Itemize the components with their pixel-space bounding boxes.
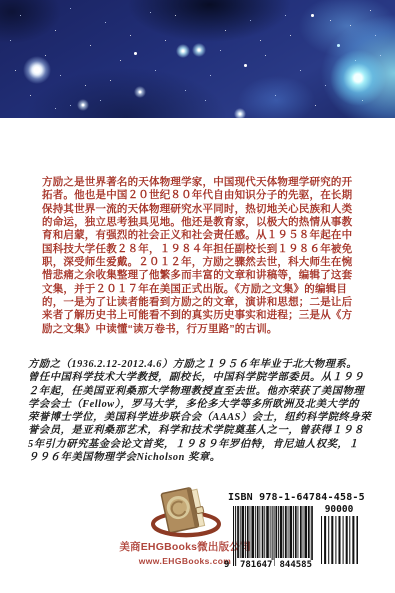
- intro-line: 惜悲痛之余收集整理了他繁多而丰富的文章和讲稿等，编辑了这套: [42, 269, 358, 282]
- intro-line: 的命运，独立思考独具见地。他还是教育家，以极大的热情从事教: [42, 216, 358, 229]
- intro-line: 励之文集》中读懂“读万卷书，行万里路”的古训。: [42, 323, 358, 336]
- ean-digit-lead: 9: [224, 560, 232, 570]
- bio-line: 方励之（1936.2.12-2012.4.6）方励之１９５６年毕业于北大物理系。: [28, 358, 380, 371]
- intro-line: 保持其世界一流的天体物理研究水平同时，热切地关心民族和人类: [42, 203, 358, 216]
- intro-paragraph: 方励之是世界著名的天体物理学家，中国现代天体物理学研究的开 拓者。他也是中国２０…: [42, 176, 358, 336]
- book-back-cover: 方励之是世界著名的天体物理学家，中国现代天体物理学研究的开 拓者。他也是中国２０…: [0, 0, 395, 593]
- stars-decoration: [0, 0, 1, 1]
- publisher-book-icon: [140, 484, 230, 538]
- isbn-text: ISBN 978-1-64784-458-5: [228, 492, 368, 503]
- bio-line: 荣誉博士学位，美国科学进步联合会（AAAS）会士，纽约科学院终身荣: [28, 411, 380, 424]
- barcode-bars: [233, 506, 313, 566]
- intro-line: 来者了解历史书上可能看不到的真实历史事实和进程；三是从《方: [42, 309, 358, 322]
- price-addon-barcode: 90000: [320, 504, 358, 569]
- ean13-barcode: 9 781647 844585: [233, 506, 313, 576]
- intro-line: 拓者。他也是中国２０世纪８０年代自由知识分子的先驱，在长期: [42, 189, 358, 202]
- bio-line: 誉会员，是亚利桑那艺术，科学和技术学院奠基人之一，曾获得１９８: [28, 424, 380, 437]
- intro-line: 育和启蒙，有强烈的社会正义和社会责任感。从１９５８年起在中: [42, 229, 358, 242]
- ean13-digits: 9 781647 844585: [224, 560, 314, 570]
- starfield-image: [0, 0, 395, 118]
- price-addon-code: 90000: [320, 504, 358, 515]
- bio-line: 曾任中国科学技术大学教授，副校长，中国科学院学部委员。从１９９: [28, 371, 380, 384]
- intro-line: 的，一是为了让读者能看到方励之的文章，演讲和思想；二是让后: [42, 296, 358, 309]
- bio-line: 5年引力研究基金会论文首奖，１９８９年罗伯特，肯尼迪人权奖，１: [28, 438, 380, 451]
- ean-digit-group1: 781647: [238, 560, 275, 570]
- bio-line: ９９６年美国物理学会Nicholson 奖章。: [28, 451, 380, 464]
- intro-line: 国科技大学任教２８年，１９８４年担任副校长到１９８６年被免: [42, 243, 358, 256]
- bio-line: 学会会士（Fellow），罗马大学，多伦多大学等多所欧洲及北美大学的: [28, 398, 380, 411]
- intro-line: 方励之是世界著名的天体物理学家，中国现代天体物理学研究的开: [42, 176, 358, 189]
- bio-line: ２年起，任美国亚利桑那大学物理教授直至去世。他亦荣获了美国物理: [28, 385, 380, 398]
- intro-line: 职，深受师生爱戴。２０１２年，方励之骤然去世，科大师生在惋: [42, 256, 358, 269]
- publisher-name: 美商EHGBooks微出版公司: [118, 539, 252, 554]
- addon-barcode-bars: [321, 516, 358, 564]
- bio-paragraph: 方励之（1936.2.12-2012.4.6）方励之１９５６年毕业于北大物理系。…: [28, 358, 380, 464]
- intro-line: 文集，并于２０１７年在美国正式出版。《方励之文集》的编辑目: [42, 283, 358, 296]
- ean-digit-group2: 844585: [277, 560, 314, 570]
